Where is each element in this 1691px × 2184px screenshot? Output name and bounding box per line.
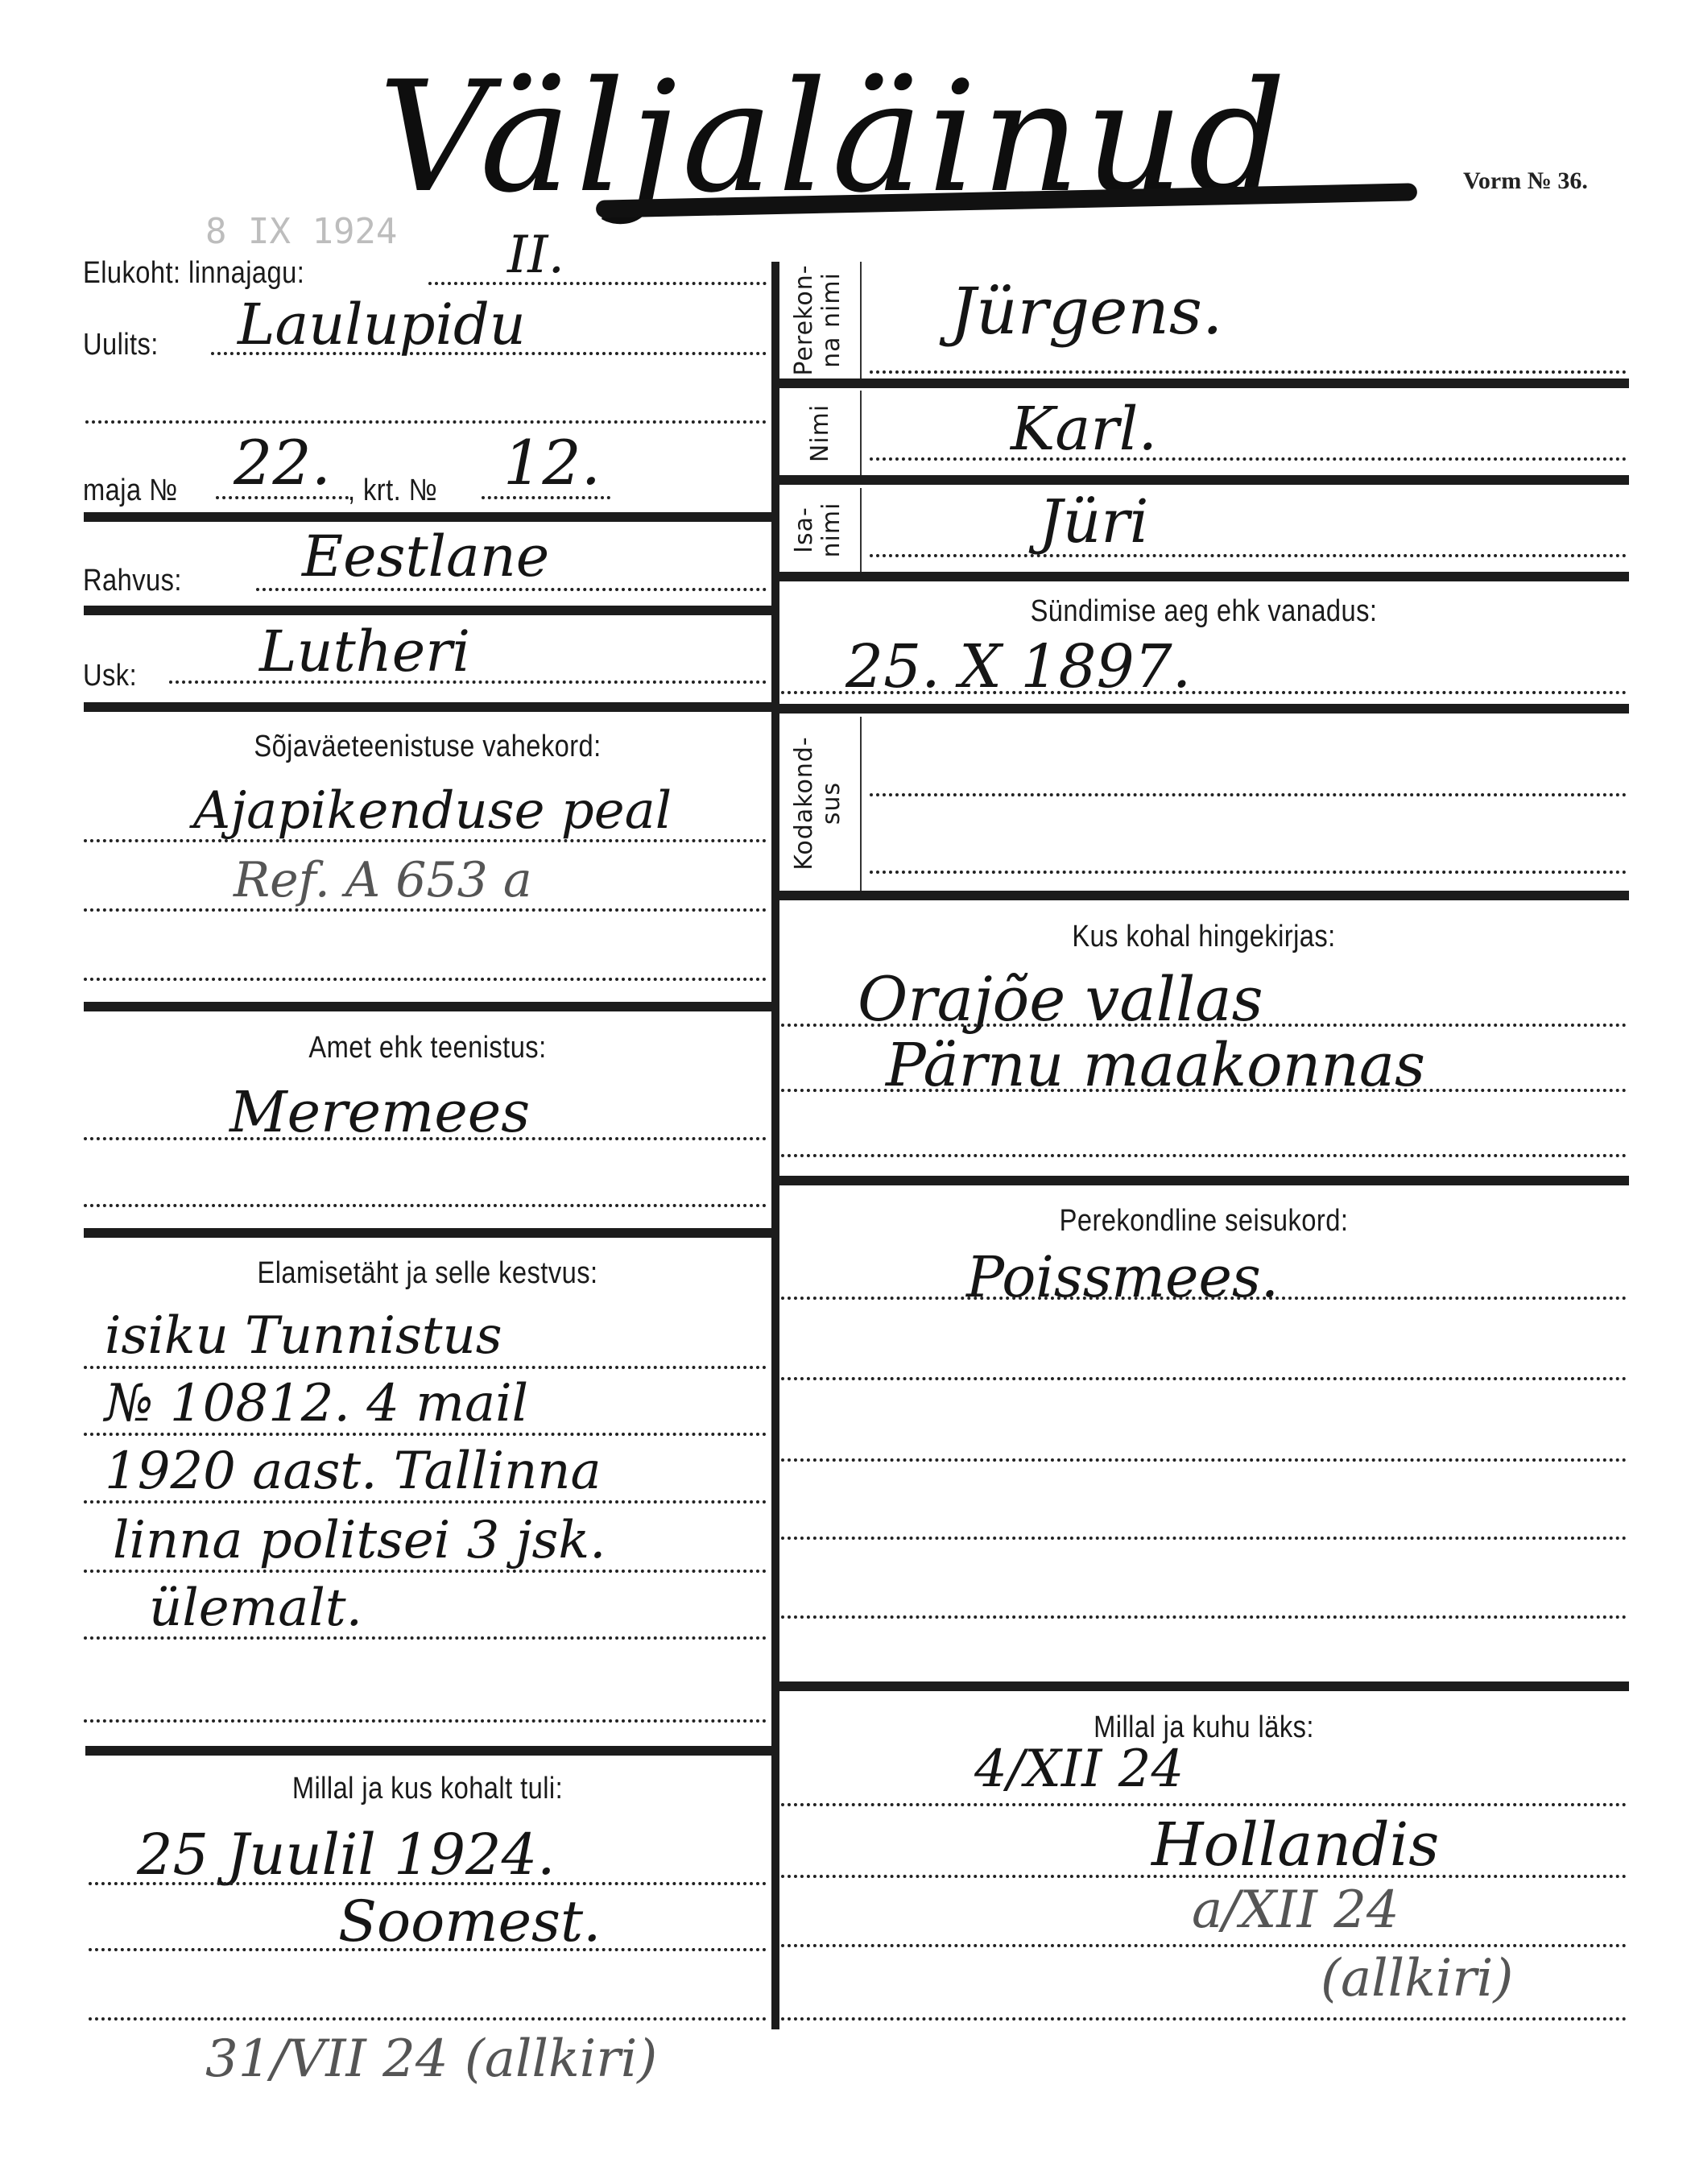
center-divider <box>771 262 779 2029</box>
line <box>84 1433 767 1436</box>
section-divider <box>779 704 1629 714</box>
label-divider <box>860 391 862 478</box>
line <box>84 1570 767 1573</box>
form-number: Vorm № 36. <box>1463 168 1588 195</box>
value-perekonnaseis: Poissmees. <box>966 1244 1279 1310</box>
line <box>428 282 767 285</box>
signature-departure: (allkiri) <box>1321 1949 1513 2008</box>
value-tuli-line1: 25 Juulil 1924. <box>137 1822 555 1888</box>
label-kodakondsus: Kodakond- sus <box>791 721 845 886</box>
value-elamiseluba-line1: isiku Tunnistus <box>105 1306 502 1366</box>
line <box>85 420 767 424</box>
line <box>84 839 767 842</box>
label-rahvus: Rahvus: <box>83 564 182 598</box>
label-amet: Amet ehk teenistus: <box>132 1031 723 1065</box>
label-uulits: Uulits: <box>83 328 159 362</box>
value-linnajagu: II. <box>507 225 564 285</box>
value-isanimi: Jüri <box>1039 487 1148 556</box>
section-divider <box>779 572 1629 581</box>
value-maja: 22. <box>234 427 331 498</box>
line <box>84 908 767 912</box>
section-divider <box>85 1746 773 1756</box>
label-sundimine: Sündimise aeg ehk vanadus: <box>841 594 1568 629</box>
value-rahvus: Eestlane <box>302 523 549 589</box>
label-elamiseluba: Elamisetäht ja selle kestvus: <box>132 1256 723 1291</box>
value-elamiseluba-line4: linna politsei 3 jsk. <box>113 1511 606 1570</box>
line <box>870 370 1627 374</box>
line <box>781 1297 1627 1300</box>
line <box>89 1948 767 1951</box>
line <box>781 1875 1627 1878</box>
value-laks-line1: 4/XII 24 <box>974 1739 1184 1799</box>
section-divider <box>779 1176 1629 1185</box>
line <box>84 1137 767 1140</box>
line <box>870 554 1627 557</box>
value-elamiseluba-line5: ülemalt. <box>149 1578 362 1638</box>
line <box>781 1089 1627 1092</box>
section-divider <box>779 891 1629 900</box>
value-usk: Lutheri <box>259 618 470 685</box>
label-divider <box>860 488 862 576</box>
value-laks-line3: a/XII 24 <box>1192 1880 1400 1940</box>
label-krt: , krt. № <box>348 474 437 508</box>
label-elukoht: Elukoht: linnajagu: <box>83 256 304 291</box>
line <box>781 2017 1627 2021</box>
value-laks-line2: Hollandis <box>1151 1810 1439 1880</box>
line <box>84 978 767 981</box>
label-usk: Usk: <box>83 659 137 693</box>
section-divider <box>84 1228 771 1238</box>
line <box>870 457 1627 461</box>
section-divider <box>84 606 771 615</box>
line <box>781 1803 1627 1806</box>
line <box>781 691 1627 694</box>
line <box>84 1500 767 1504</box>
label-laks: Millal ja kuhu läks: <box>841 1710 1568 1745</box>
label-perekonnanimi: Perekon- na nimi <box>791 262 845 378</box>
label-maja: maja № <box>83 474 178 508</box>
line <box>870 871 1627 874</box>
section-divider <box>84 702 771 712</box>
line <box>89 2017 767 2021</box>
line <box>781 1537 1627 1540</box>
line <box>781 1944 1627 1947</box>
label-divider <box>860 717 862 894</box>
line <box>781 1377 1627 1380</box>
date-stamp-faint: 8 IX 1924 <box>205 211 397 252</box>
value-amet: Meremees <box>229 1079 530 1145</box>
section-divider <box>779 475 1629 485</box>
line <box>89 1882 767 1885</box>
label-nimi: Nimi <box>807 393 834 474</box>
line <box>84 1636 767 1640</box>
value-tuli-line2: Soomest. <box>338 1888 601 1954</box>
value-nimi: Karl. <box>1011 395 1157 464</box>
value-elamiseluba-line3: 1920 aast. Tallinna <box>105 1442 602 1501</box>
section-divider <box>779 378 1629 388</box>
label-divider <box>860 262 862 381</box>
line <box>781 1458 1627 1462</box>
label-sojavae: Sõjaväeteenistuse vahekord: <box>132 730 723 764</box>
value-sojavae-line2: Ref. A 653 a <box>234 852 532 908</box>
section-divider <box>779 1681 1629 1691</box>
value-elamiseluba-line2: № 10812. 4 mail <box>105 1374 528 1433</box>
line <box>781 1615 1627 1619</box>
signature-arrival: 31/VII 24 (allkiri) <box>205 2029 657 2089</box>
section-divider <box>84 1002 771 1011</box>
value-sojavae-line1: Ajapikenduse peal <box>193 781 672 841</box>
section-divider <box>84 512 771 522</box>
value-krt: 12. <box>503 427 601 498</box>
line <box>84 1719 767 1723</box>
line <box>84 1204 767 1207</box>
label-tuli: Millal ja kus kohalt tuli: <box>132 1772 723 1806</box>
value-perekonnanimi: Jürgens. <box>950 274 1222 349</box>
value-uulits: Laulupidu <box>238 292 526 358</box>
label-hingekiri: Kus kohal hingekirjas: <box>841 920 1568 954</box>
line <box>870 793 1627 796</box>
line <box>781 1154 1627 1157</box>
line <box>781 1024 1627 1027</box>
line <box>84 1366 767 1369</box>
label-isanimi: Isa- nimi <box>791 490 845 570</box>
label-perekonnaseis: Perekondline seisukord: <box>841 1204 1568 1239</box>
